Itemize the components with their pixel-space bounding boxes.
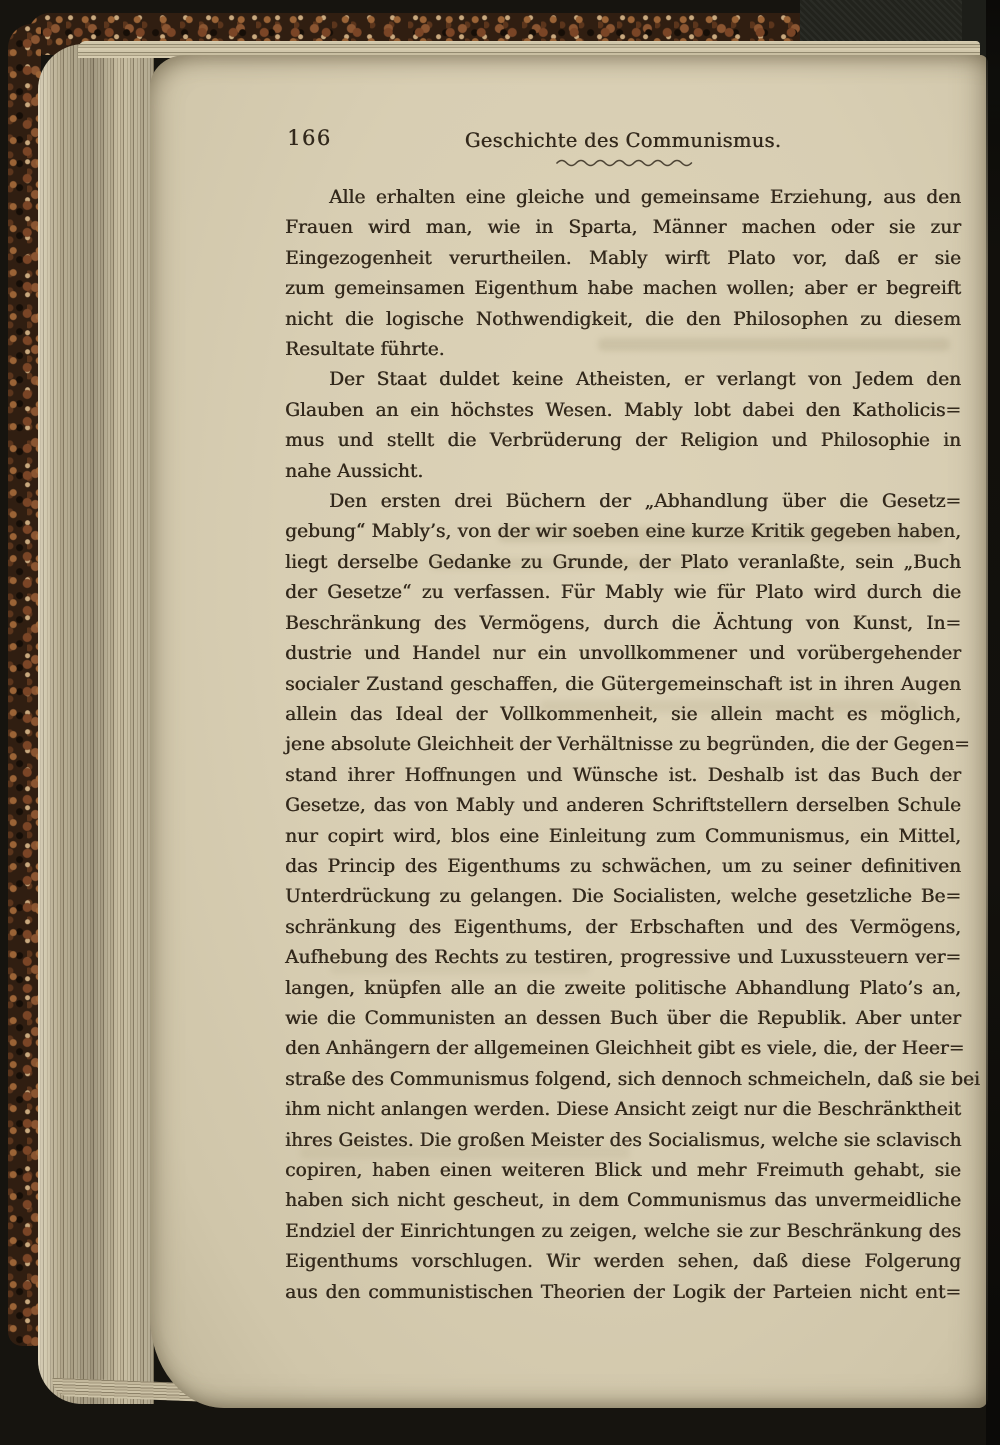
text-line: der Gesetze“ zu verfassen. Für Mably wie… <box>285 578 961 608</box>
text-line: Aufhebung des Rechts zu testiren, progre… <box>285 943 961 973</box>
text-line: nur copirt wird, blos eine Einleitung zu… <box>285 822 961 852</box>
text-line: allein das Ideal der Vollkommenheit, sie… <box>285 700 961 730</box>
text-line: wie die Communisten an dessen Buch über … <box>285 1004 961 1034</box>
text-line: gebung“ Mably’s, von der wir soeben eine… <box>285 517 961 547</box>
text-line: Eigenthums vorschlugen. Wir werden sehen… <box>285 1247 961 1277</box>
text-line: stand ihrer Hoffnungen und Wünsche ist. … <box>285 761 961 791</box>
text-line: nahe Aussicht. <box>285 457 961 487</box>
body-text: Alle erhalten eine gleiche und gemeinsam… <box>285 183 961 1308</box>
text-line: dustrie und Handel nur ein unvollkommene… <box>285 639 961 669</box>
text-line: straße des Communismus folgend, sich den… <box>285 1065 961 1095</box>
text-line: Der Staat duldet keine Atheisten, er ver… <box>285 365 961 395</box>
text-line: nicht die logische Nothwendigkeit, die d… <box>285 305 961 335</box>
page-stack-fore-edge <box>38 44 154 1404</box>
text-line: schränkung des Eigenthums, der Erbschaft… <box>285 913 961 943</box>
text-line: Unterdrückung zu gelangen. Die Socialist… <box>285 882 961 912</box>
gutter-shadow <box>986 0 1000 1445</box>
text-line: mus und stellt die Verbrüderung der Reli… <box>285 426 961 456</box>
text-line: Frauen wird man, wie in Sparta, Männer m… <box>285 213 961 243</box>
text-line: jene absolute Gleichheit der Verhältniss… <box>285 730 961 760</box>
text-line: Glauben an ein höchstes Wesen. Mably lob… <box>285 396 961 426</box>
text-line: aus den communistischen Theorien der Log… <box>285 1278 961 1308</box>
text-line: den Anhängern der allgemeinen Gleichheit… <box>285 1034 961 1064</box>
header-rule <box>285 153 961 172</box>
text-line: ihm nicht anlangen werden. Diese Ansicht… <box>285 1095 961 1125</box>
text-line: zum gemeinsamen Eigenthum habe machen wo… <box>285 274 961 304</box>
text-line: Beschränkung des Vermögens, durch die Äc… <box>285 609 961 639</box>
squiggle-rule-icon <box>553 156 693 168</box>
text-line: socialer Zustand geschaffen, die Güterge… <box>285 670 961 700</box>
text-line: Gesetze, das von Mably und anderen Schri… <box>285 791 961 821</box>
text-line: Eingezogenheit verurtheilen. Mably wirft… <box>285 244 961 274</box>
text-line: Endziel der Einrichtungen zu zeigen, wel… <box>285 1217 961 1247</box>
text-line: copiren, haben einen weiteren Blick und … <box>285 1156 961 1186</box>
text-line: Alle erhalten eine gleiche und gemeinsam… <box>285 183 961 213</box>
text-line: Resultate führte. <box>285 335 961 365</box>
text-line: Den ersten drei Büchern der „Abhandlung … <box>285 487 961 517</box>
marbled-cover-left-edge <box>8 24 41 1346</box>
text-line: langen, knüpfen alle an die zweite polit… <box>285 974 961 1004</box>
text-line: liegt derselbe Gedanke zu Grunde, der Pl… <box>285 548 961 578</box>
book-scan-photo: 166 Geschichte des Communismus. Alle erh… <box>0 0 1000 1445</box>
text-line: ihres Geistes. Die großen Meister des So… <box>285 1126 961 1156</box>
running-header: Geschichte des Communismus. <box>285 129 961 152</box>
text-line: haben sich nicht gescheut, in dem Commun… <box>285 1186 961 1216</box>
text-line: das Princip des Eigenthums zu schwächen,… <box>285 852 961 882</box>
